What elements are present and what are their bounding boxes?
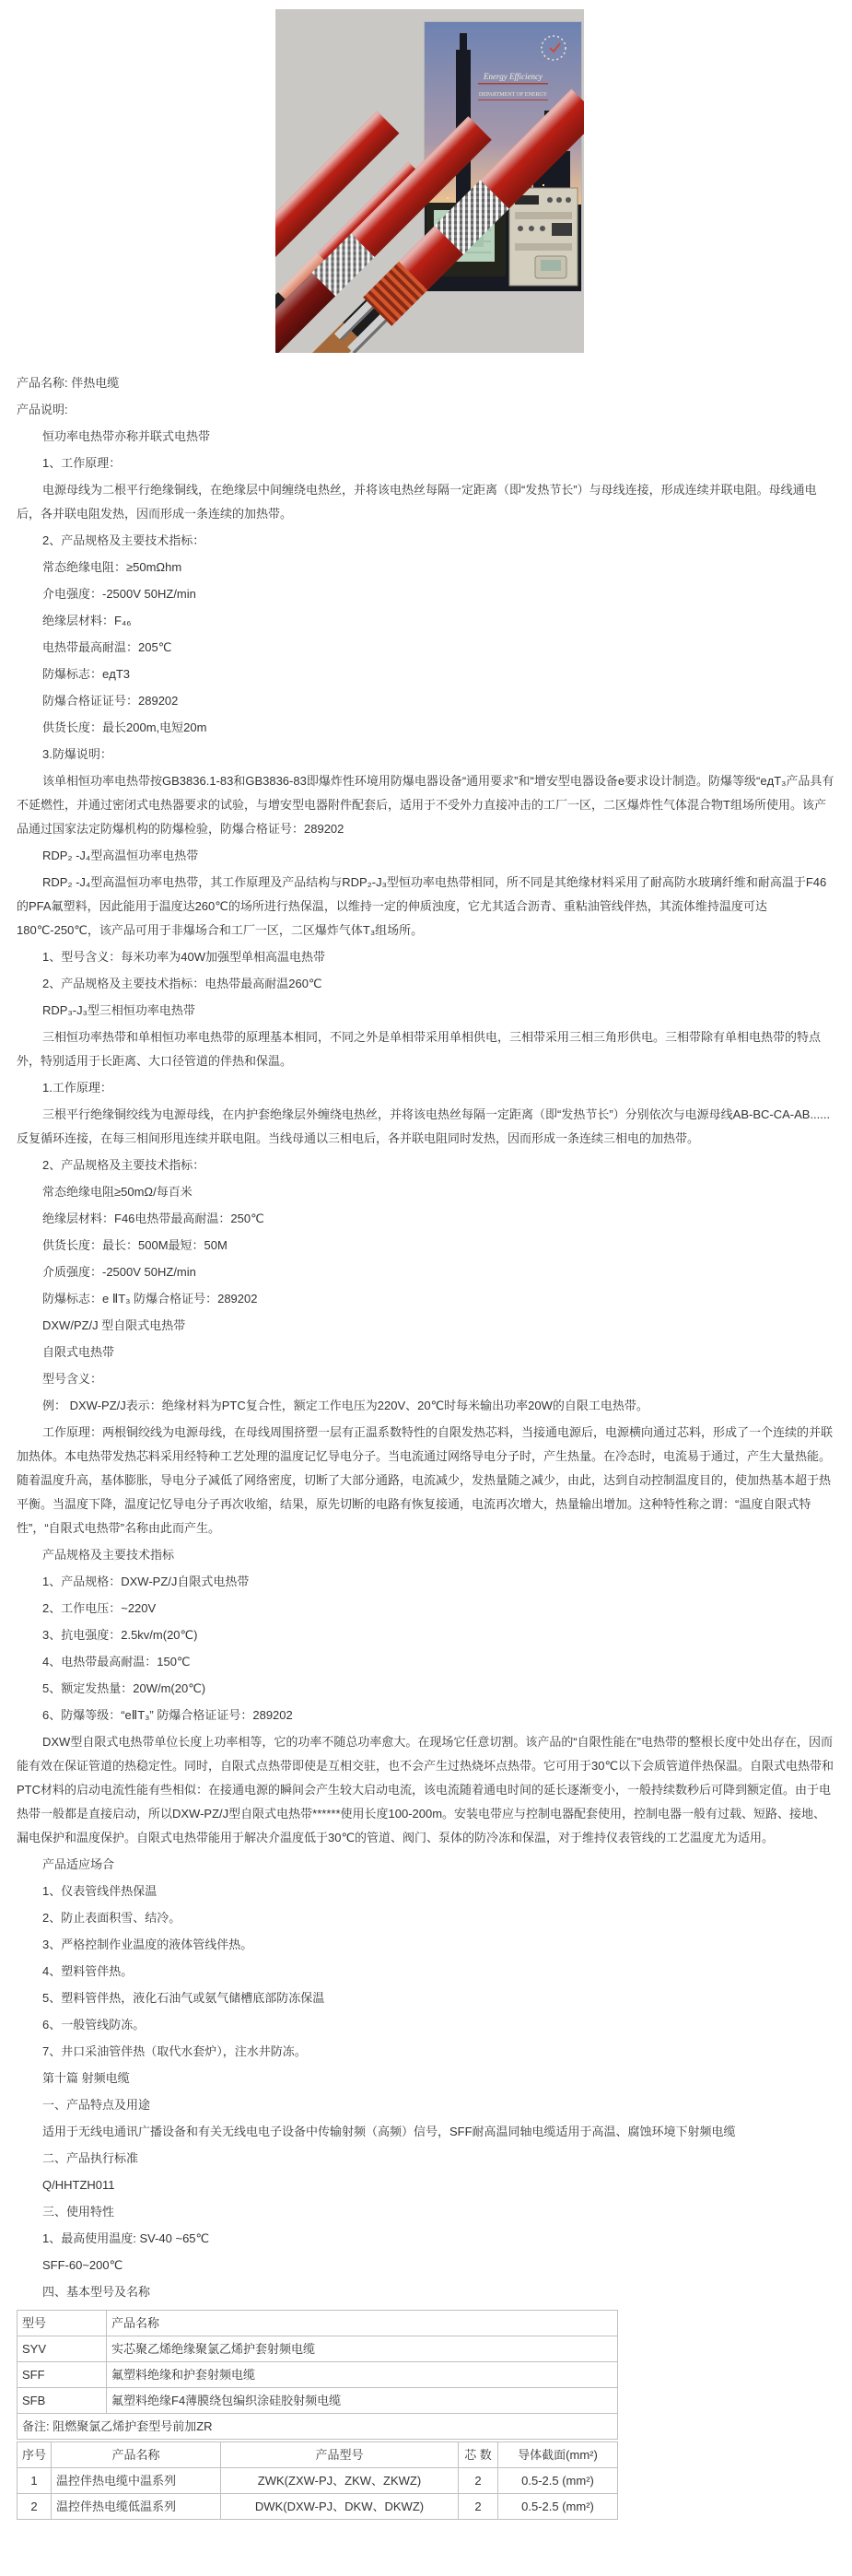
column-header: 芯 数 (459, 2442, 498, 2468)
paragraph: 1、产品规格：DXW-PZ/J自限式电热带 (17, 1570, 835, 1594)
paragraph: 常态绝缘电阻≥50mΩ/每百米 (17, 1180, 835, 1204)
poster-underline2 (478, 100, 548, 100)
paragraph: 4、塑料管伴热。 (17, 1960, 835, 1984)
paragraph: 产品说明: (17, 398, 835, 422)
paragraph: RDP₂ -J₄型高温恒功率电热带，其工作原理及产品结构与RDP₂-J₃型恒功率… (17, 871, 835, 943)
paragraph: 四、基本型号及名称 (17, 2280, 835, 2304)
paragraph: 一、产品特点及用途 (17, 2093, 835, 2117)
column-header: 导体截面(mm²) (498, 2442, 618, 2468)
table-cell: 实芯聚乙烯绝缘聚氯乙烯护套射频电缆 (107, 2336, 618, 2362)
table-cell: 氟塑料绝缘F4薄膜绕包编织涂硅胶射频电缆 (107, 2388, 618, 2414)
paragraph: 1.工作原理： (17, 1076, 835, 1100)
paragraph: 常态绝缘电阻：≥50mΩhm (17, 556, 835, 580)
paragraph: 2、产品规格及主要技术指标： (17, 1153, 835, 1177)
column-header: 产品名称 (107, 2311, 618, 2336)
poster-title: Energy Efficiency (483, 72, 543, 81)
paragraph: 绝缘层材料：F46电热带最高耐温：250℃ (17, 1207, 835, 1231)
paragraph: 该单相恒功率电热带按GB3836.1-83和GB3836-83即爆炸性环境用防爆… (17, 769, 835, 841)
table-cell: 2 (459, 2494, 498, 2520)
paragraph: DXW/PZ/J 型自限式电热带 (17, 1314, 835, 1338)
product-page: Energy Efficiency DEPARTMENT OF ENERGY (0, 9, 852, 2520)
paragraph: 1、仪表管线伴热保温 (17, 1879, 835, 1903)
column-header: 型号 (18, 2311, 107, 2336)
paragraph: 防爆标志：eдT3 (17, 662, 835, 686)
table-row: SFF氟塑料绝缘和护套射频电缆 (18, 2362, 618, 2388)
paragraph: 3、抗电强度：2.5kv/m(20℃) (17, 1623, 835, 1647)
paragraph: 3.防爆说明： (17, 743, 835, 767)
paragraph: 2、工作电压：~220V (17, 1597, 835, 1621)
paragraph: 电源母线为二根平行绝缘铜线，在绝缘层中间缠绕电热丝，并将该电热丝每隔一定距离（即… (17, 478, 835, 526)
column-header: 序号 (18, 2442, 52, 2468)
paragraph: 6、防爆等级：“eⅡT₃” 防爆合格证证号：289202 (17, 1704, 835, 1727)
paragraph: RDP₂ -J₄型高温恒功率电热带 (17, 844, 835, 868)
paragraph: 2、产品规格及主要技术指标： (17, 529, 835, 553)
table-cell: 0.5-2.5 (mm²) (498, 2494, 618, 2520)
paragraph: DXW型自限式电热带单位长度上功率相等，它的功率不随总功率愈大。在现场它任意切割… (17, 1730, 835, 1850)
paragraph: 产品适应场合 (17, 1853, 835, 1877)
paragraph: 4、电热带最高耐温：150℃ (17, 1650, 835, 1674)
paragraph: 供货长度：最长：500M最短：50M (17, 1234, 835, 1258)
paragraph: 恒功率电热带亦称并联式电热带 (17, 425, 835, 449)
paragraph: 1、工作原理： (17, 451, 835, 475)
paragraph: 三相恒功率热带和单相恒功率电热带的原理基本相同，不同之外是单相带采用单相供电，三… (17, 1025, 835, 1073)
paragraph: 防爆标志：e ⅡT₃ 防爆合格证号：289202 (17, 1287, 835, 1311)
paragraph: 产品规格及主要技术指标 (17, 1543, 835, 1567)
paragraph: 工作原理：两根铜绞线为电源母线，在母线周围挤塑一层有正温系数特性的自限发热芯料，… (17, 1421, 835, 1540)
instrument-rack-icon (509, 188, 578, 286)
paragraph: 5、塑料管伴热，液化石油气或氨气储槽底部防冻保温 (17, 1986, 835, 2010)
paragraph: 5、额定发热量：20W/m(20℃) (17, 1677, 835, 1701)
product-photo: Energy Efficiency DEPARTMENT OF ENERGY (275, 9, 584, 353)
table-cell: SFB (18, 2388, 107, 2414)
table-cell: 2 (18, 2494, 52, 2520)
column-header: 产品名称 (52, 2442, 221, 2468)
table-cell: ZWK(ZXW-PJ、ZKW、ZKWZ) (221, 2468, 459, 2494)
table-row: SFB氟塑料绝缘F4薄膜绕包编织涂硅胶射频电缆 (18, 2388, 618, 2414)
paragraph: 2、产品规格及主要技术指标：电热带最高耐温260℃ (17, 972, 835, 996)
paragraph: 三、使用特性 (17, 2200, 835, 2224)
paragraph-list: 产品名称: 伴热电缆产品说明:恒功率电热带亦称并联式电热带1、工作原理：电源母线… (0, 353, 852, 2304)
table-row: 2温控伴热电缆低温系列DWK(DXW-PJ、DKW、DKWZ)20.5-2.5 … (18, 2494, 618, 2520)
table-cell: 1 (18, 2468, 52, 2494)
paragraph: Q/HHTZH011 (17, 2173, 835, 2197)
paragraph: 二、产品执行标准 (17, 2147, 835, 2171)
model-name-table: 型号产品名称 SYV实芯聚乙烯绝缘聚氯乙烯护套射频电缆SFF氟塑料绝缘和护套射频… (17, 2310, 618, 2440)
table-cell: SYV (18, 2336, 107, 2362)
poster-subtitle: DEPARTMENT OF ENERGY (479, 92, 548, 98)
paragraph: 自限式电热带 (17, 1341, 835, 1364)
table-note-row: 备注: 阻燃聚氯乙烯护套型号前加ZR (18, 2414, 618, 2440)
paragraph: 介质强度：-2500V 50HZ/min (17, 1260, 835, 1284)
paragraph: 三根平行绝缘铜绞线为电源母线，在内护套绝缘层外缠绕电热丝，并将该电热丝每隔一定距… (17, 1103, 835, 1151)
paragraph: 7、井口采油管伴热（取代水套炉），注水井防冻。 (17, 2040, 835, 2064)
paragraph: 电热带最高耐温：205℃ (17, 636, 835, 660)
paragraph: 1、最高使用温度: SV-40 ~65℃ (17, 2227, 835, 2251)
table-cell: 2 (459, 2468, 498, 2494)
table-cell: 0.5-2.5 (mm²) (498, 2468, 618, 2494)
paragraph: 供货长度：最长200m,电短20m (17, 716, 835, 740)
paragraph: SFF-60~200℃ (17, 2254, 835, 2277)
paragraph: 例： DXW-PZ/J表示：绝缘材料为PTC复合性，额定工作电压为220V、20… (17, 1394, 835, 1418)
table-cell: SFF (18, 2362, 107, 2388)
poster-underline (478, 83, 548, 85)
paragraph: 绝缘层材料：F₄₆ (17, 609, 835, 633)
model-table-header-row: 型号产品名称 (18, 2311, 618, 2336)
paragraph: 2、防止表面积雪、结冷。 (17, 1906, 835, 1930)
table-cell: DWK(DXW-PJ、DKW、DKWZ) (221, 2494, 459, 2520)
paragraph: RDP₃-J₃型三相恒功率电热带 (17, 999, 835, 1023)
paragraph: 介电强度：-2500V 50HZ/min (17, 582, 835, 606)
table-row: SYV实芯聚乙烯绝缘聚氯乙烯护套射频电缆 (18, 2336, 618, 2362)
paragraph: 第十篇 射频电缆 (17, 2067, 835, 2090)
table-cell: 氟塑料绝缘和护套射频电缆 (107, 2362, 618, 2388)
paragraph: 型号含义： (17, 1367, 835, 1391)
paragraph: 防爆合格证证号：289202 (17, 689, 835, 713)
table-note: 备注: 阻燃聚氯乙烯护套型号前加ZR (18, 2414, 618, 2440)
paragraph: 6、一般管线防冻。 (17, 2013, 835, 2037)
table-cell: 温控伴热电缆中温系列 (52, 2468, 221, 2494)
column-header: 产品型号 (221, 2442, 459, 2468)
paragraph: 3、严格控制作业温度的液体管线伴热。 (17, 1933, 835, 1957)
table-row: 1温控伴热电缆中温系列ZWK(ZXW-PJ、ZKW、ZKWZ)20.5-2.5 … (18, 2468, 618, 2494)
table-cell: 温控伴热电缆低温系列 (52, 2494, 221, 2520)
spec-table-header-row: 序号产品名称产品型号芯 数导体截面(mm²) (18, 2442, 618, 2468)
paragraph: 产品名称: 伴热电缆 (17, 371, 835, 395)
paragraph: 1、型号含义：每米功率为40W加强型单相高温电热带 (17, 945, 835, 969)
product-spec-table: 序号产品名称产品型号芯 数导体截面(mm²) 1温控伴热电缆中温系列ZWK(ZX… (17, 2441, 618, 2520)
paragraph: 适用于无线电通讯广播设备和有关无线电电子设备中传输射频（高频）信号，SFF耐高温… (17, 2120, 835, 2144)
